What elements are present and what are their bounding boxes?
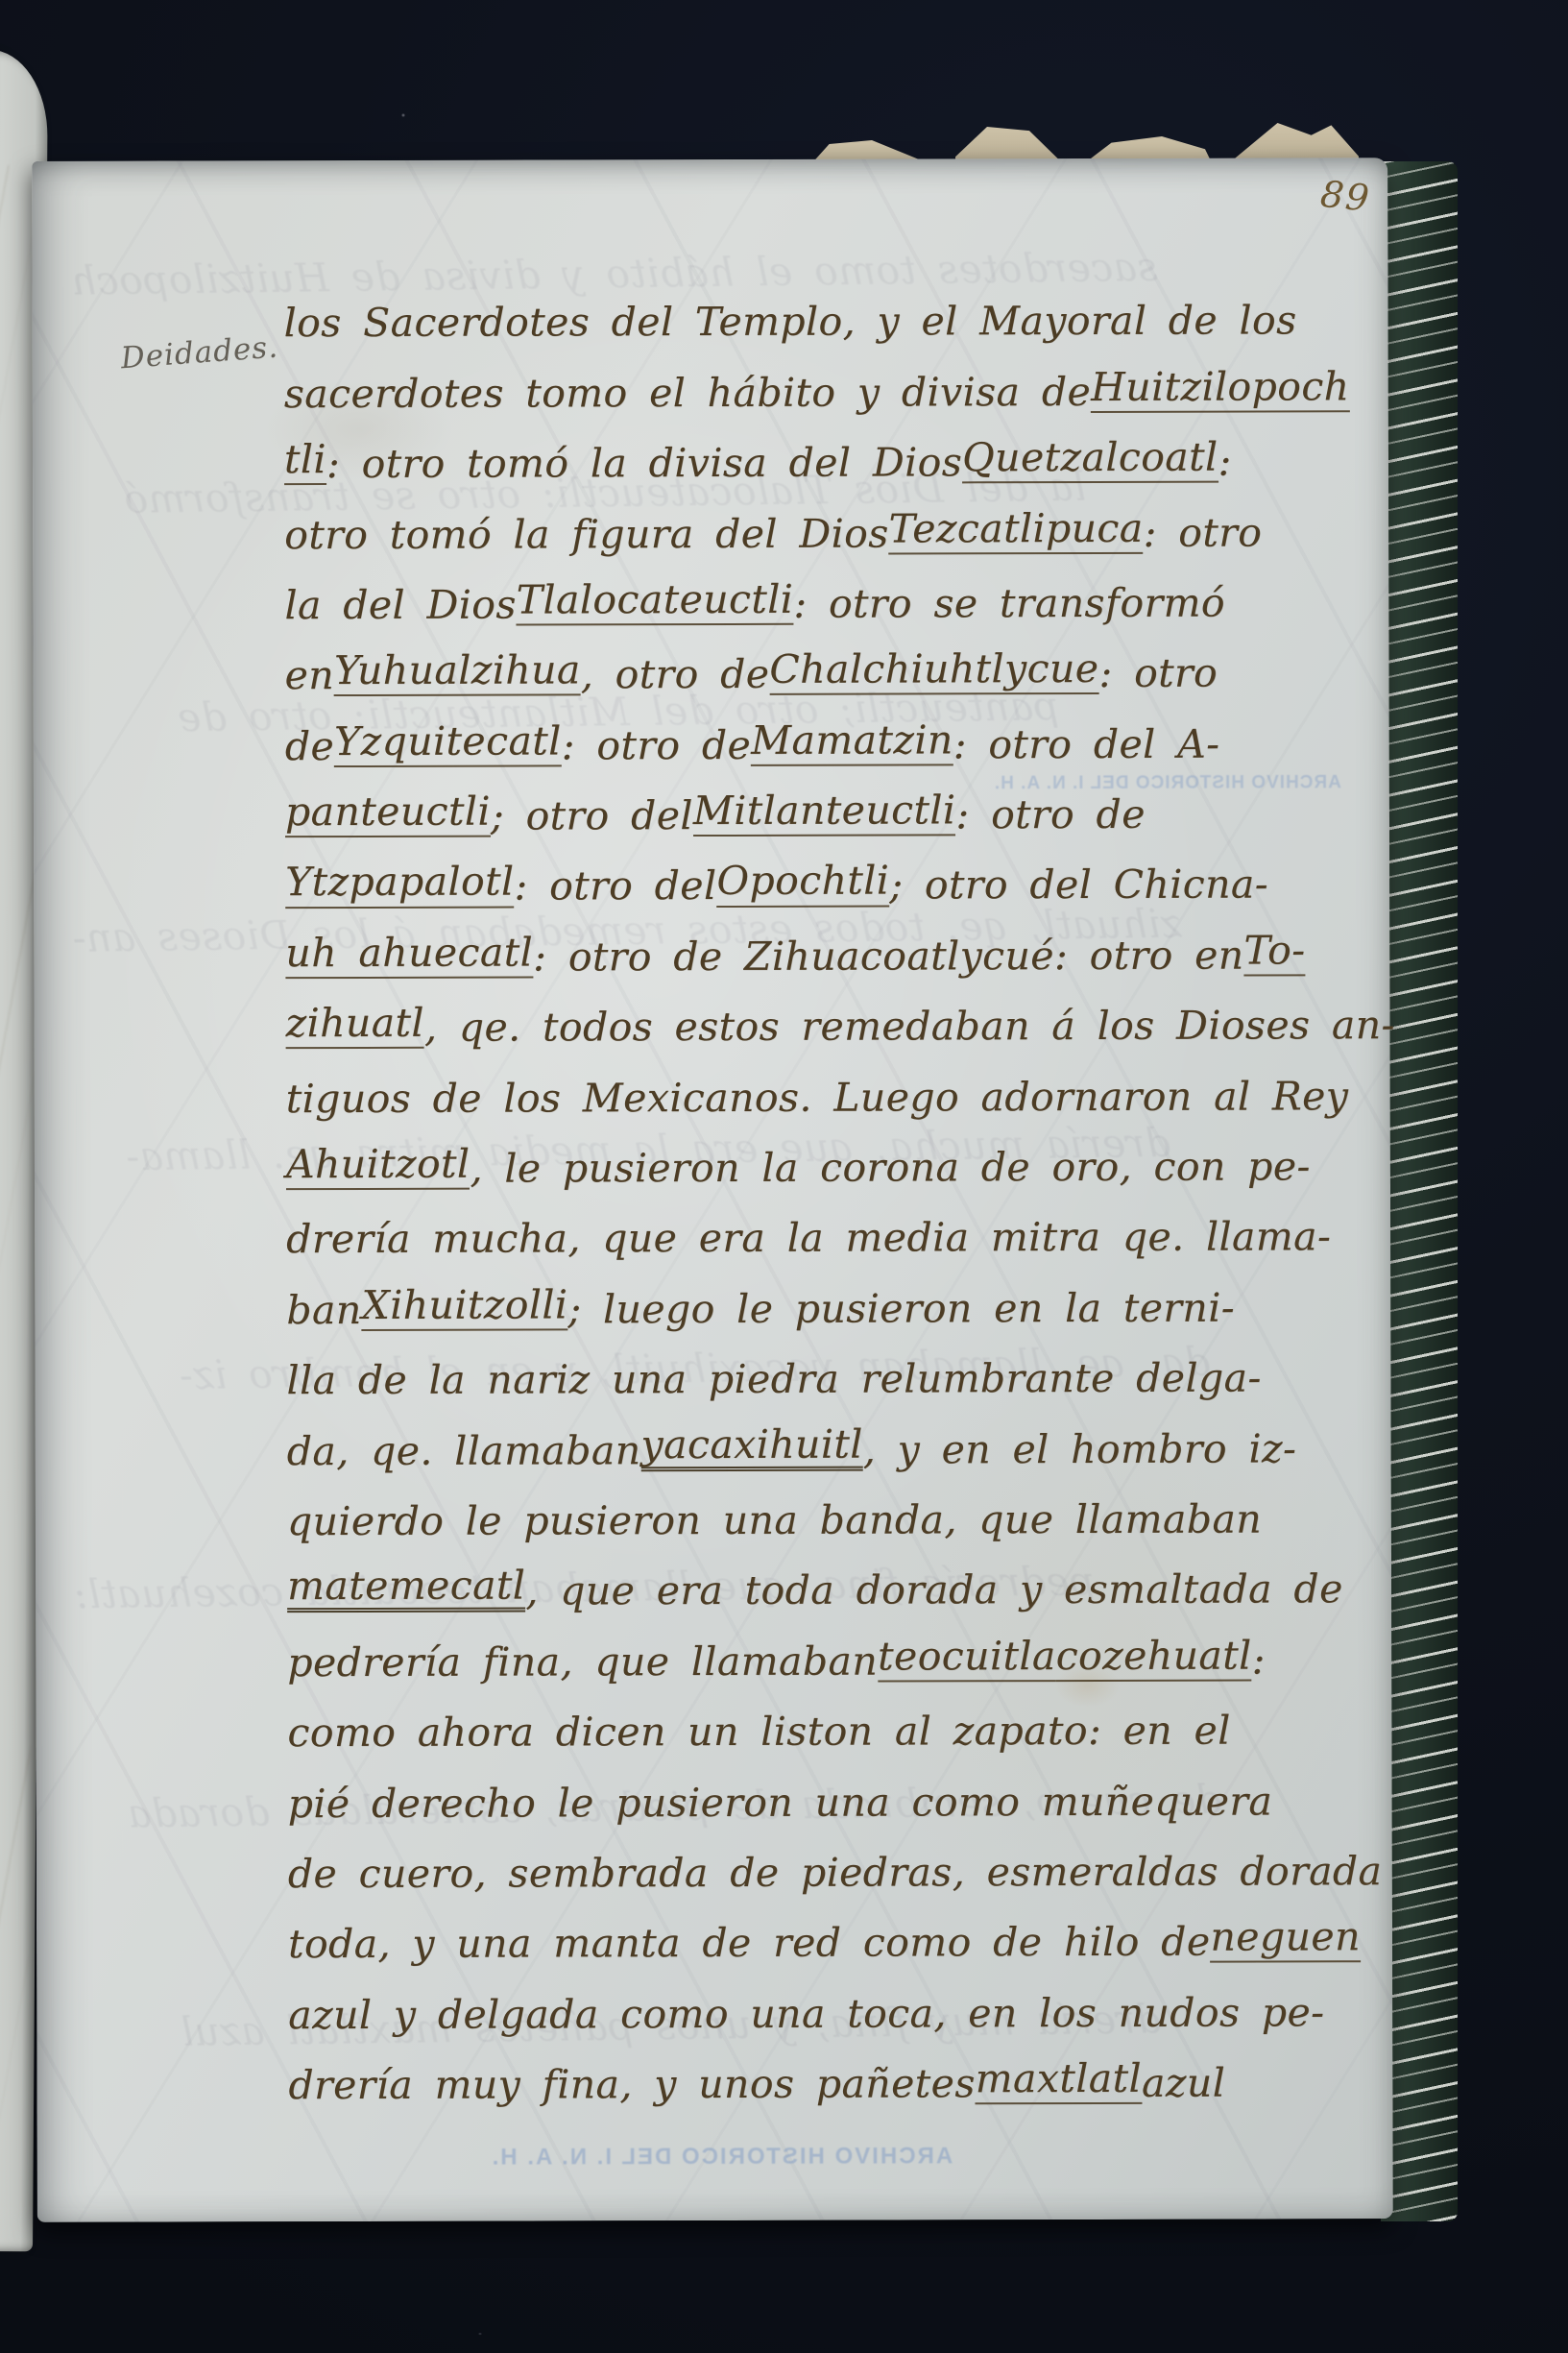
text-segment: , y en el hombro iz-	[863, 1428, 1297, 1470]
photographed-book-scene: sacerdotes tomo el hábito y divisa de Hu…	[0, 0, 1568, 2353]
text-segment: ; otro del	[491, 795, 693, 837]
underlined-term: cozehuatl	[1056, 1635, 1252, 1682]
manuscript-line: la del Dios Tlalocateuctli: otro se tran…	[284, 553, 1403, 626]
manuscript-line: lla de la nariz una piedra relumbrante d…	[286, 1328, 1405, 1401]
manuscript-line: los Sacerdotes del Templo, y el Mayoral …	[284, 271, 1403, 344]
underlined-term: matemecatl	[287, 1565, 525, 1613]
manuscript-line: tli: otro tomó la divisa del Dios Quetza…	[284, 412, 1403, 485]
text-segment: de cuero, sembrada de piedras, esmeralda…	[288, 1851, 1383, 1895]
page-number: 89	[1318, 173, 1373, 220]
manuscript-line: matemecatl, que era toda dorada y esmalt…	[287, 1540, 1406, 1613]
text-segment: drería mucha, que era la media mitra qe.…	[286, 1217, 1331, 1261]
manuscript-line: sacerdotes tomo el hábito y divisa de Hu…	[284, 342, 1403, 415]
text-segment: :	[1252, 1639, 1266, 1681]
text-segment: tiguos de los Mexicanos. Luego adornaron…	[286, 1076, 1349, 1120]
underlined-term: Huitzilopoch	[1091, 366, 1349, 413]
underlined-term: Chalchiuhtlycue	[769, 648, 1098, 695]
manuscript-line: azul y delgada como una toca, en los nud…	[288, 1962, 1407, 2035]
underlined-term: Tlalocateuctli	[517, 579, 794, 626]
text-segment: : otro tomó la divisa del Dios	[326, 442, 962, 485]
manuscript-line: toda, y una manta de red como de hilo de…	[288, 1892, 1407, 1965]
underlined-term: Ytzpapalotl	[285, 861, 514, 909]
underlined-term: uh ahuecatl	[285, 932, 533, 979]
text-segment: pedrería fina, que llamaban	[287, 1640, 878, 1684]
manuscript-line: zihuatl, qe. todos estos remedaban á los…	[285, 976, 1404, 1049]
manuscript-line: Ahuitzotl, le pusieron la corona de oro,…	[286, 1117, 1405, 1190]
underlined-term: Tezcatlipuca	[889, 507, 1144, 554]
text-segment: , otro de	[581, 654, 770, 696]
underlined-term: maxtlatl	[976, 2058, 1142, 2105]
underlined-term: panteuctli	[285, 791, 491, 838]
text-segment: , qe. todos estos remedaban á los Dioses…	[424, 1005, 1395, 1049]
underlined-term: teocuitla	[878, 1636, 1056, 1683]
underlined-term: tli	[284, 439, 326, 485]
text-segment: ; luego le pusieron en la terni-	[567, 1287, 1235, 1330]
manuscript-line: de Yzquitecatl: otro de Mamatzin: otro d…	[285, 693, 1404, 766]
text-segment: :	[1218, 442, 1231, 483]
text-segment: sacerdotes tomo el hábito y divisa de	[284, 372, 1091, 415]
manuscript-line: quierdo le pusieron una banda, que llama…	[287, 1469, 1406, 1542]
text-segment: azul	[1142, 2063, 1225, 2104]
manuscript-line: en Yuhualzihua, otro de Chalchiuhtlycue:…	[284, 623, 1403, 696]
text-segment: la del Dios	[284, 584, 516, 626]
text-segment: : otro se transformó	[793, 583, 1225, 625]
text-segment: : otro del	[514, 865, 716, 908]
manuscript-line: da, qe. llamaban yacaxihuitl, y en el ho…	[287, 1398, 1406, 1471]
manuscript-line: drería muy fina, y unos pañetes maxtlatl…	[288, 2033, 1407, 2106]
text-segment: , que era toda dorada y esmaltada de	[525, 1569, 1343, 1613]
manuscript-line: uh ahuecatl: otro de Zihuacoatlycué: otr…	[285, 906, 1404, 979]
manuscript-text-block: los Sacerdotes del Templo, y el Mayoral …	[284, 271, 1408, 2106]
text-segment: como ahora dicen un liston al zapato: en…	[287, 1710, 1230, 1755]
text-segment: : otro de Zihuacoatlycué: otro en	[533, 934, 1244, 978]
text-segment: drería muy fina, y unos pañetes	[288, 2063, 975, 2106]
text-segment: lla de la nariz una piedra relumbrante d…	[286, 1358, 1261, 1402]
text-segment: : otro del A-	[953, 723, 1220, 765]
underlined-term: neguen	[1210, 1917, 1361, 1963]
underlined-term: Yuhualzihua	[334, 650, 581, 697]
manuscript-line: drería mucha, que era la media mitra qe.…	[286, 1187, 1405, 1260]
text-segment: de	[285, 726, 334, 767]
manuscript-line: otro tomó la figura del Dios Tezcatlipuc…	[284, 482, 1403, 555]
text-segment: pié derecho le pusieron una como muñeque…	[288, 1781, 1273, 1825]
archive-stamp-showthrough-bottom: ARCHIVO HISTORICO DEL I. N. A. H.	[491, 2143, 953, 2171]
underlined-term: yacaxihuitl	[640, 1423, 862, 1471]
text-segment: toda, y una manta de red como de hilo de	[288, 1922, 1211, 1966]
underlined-term: Opochtli	[716, 861, 889, 908]
manuscript-line: ban Xihuitzolli; luego le pusieron en la…	[286, 1258, 1405, 1331]
underlined-term: zihuatl	[285, 1003, 423, 1049]
manuscript-page: sacerdotes tomo el hábito y divisa de Hu…	[32, 158, 1393, 2222]
text-segment: da, qe. llamaban	[287, 1430, 641, 1472]
manuscript-line: como ahora dicen un liston al zapato: en…	[287, 1681, 1406, 1754]
underlined-term: Mitlanteuctli	[693, 789, 956, 837]
manuscript-line: pié derecho le pusieron una como muñeque…	[288, 1751, 1407, 1824]
underlined-term: Quetzalcoatl	[962, 437, 1218, 484]
text-segment: azul y delgada como una toca, en los nud…	[288, 1992, 1324, 2036]
text-segment: los Sacerdotes del Templo, y el Mayoral …	[284, 301, 1297, 345]
text-segment: : otro de	[955, 794, 1146, 837]
text-segment: en	[285, 655, 335, 696]
underlined-term: To-	[1243, 930, 1305, 976]
underlined-term: Xihuitzolli	[362, 1284, 568, 1331]
margin-note: Deidades.	[120, 329, 280, 376]
text-segment: , le pusieron la corona de oro, con pe-	[470, 1146, 1310, 1189]
text-segment: otro tomó la figura del Dios	[284, 513, 889, 556]
text-segment: : otro	[1144, 512, 1263, 553]
manuscript-line: pedrería fina, que llamaban teocuitla co…	[287, 1611, 1406, 1684]
underlined-term: Mamatzin	[751, 719, 953, 766]
text-segment: ban	[286, 1290, 361, 1331]
underlined-term: Yzquitecatl	[334, 720, 562, 767]
manuscript-line: Ytzpapalotl: otro del Opochtli; otro del…	[285, 835, 1404, 908]
text-segment: quierdo le pusieron una banda, que llama…	[287, 1498, 1262, 1542]
manuscript-line: de cuero, sembrada de piedras, esmeralda…	[288, 1822, 1407, 1895]
underlined-term: Ahuitzotl	[286, 1144, 470, 1191]
manuscript-line: panteuctli; otro del Mitlanteuctli: otro…	[285, 764, 1404, 837]
text-segment: ; otro del Chicna-	[889, 864, 1268, 907]
manuscript-line: tiguos de los Mexicanos. Luego adornaron…	[286, 1046, 1405, 1119]
text-segment: : otro de	[562, 725, 752, 767]
text-segment: : otro	[1098, 653, 1218, 694]
